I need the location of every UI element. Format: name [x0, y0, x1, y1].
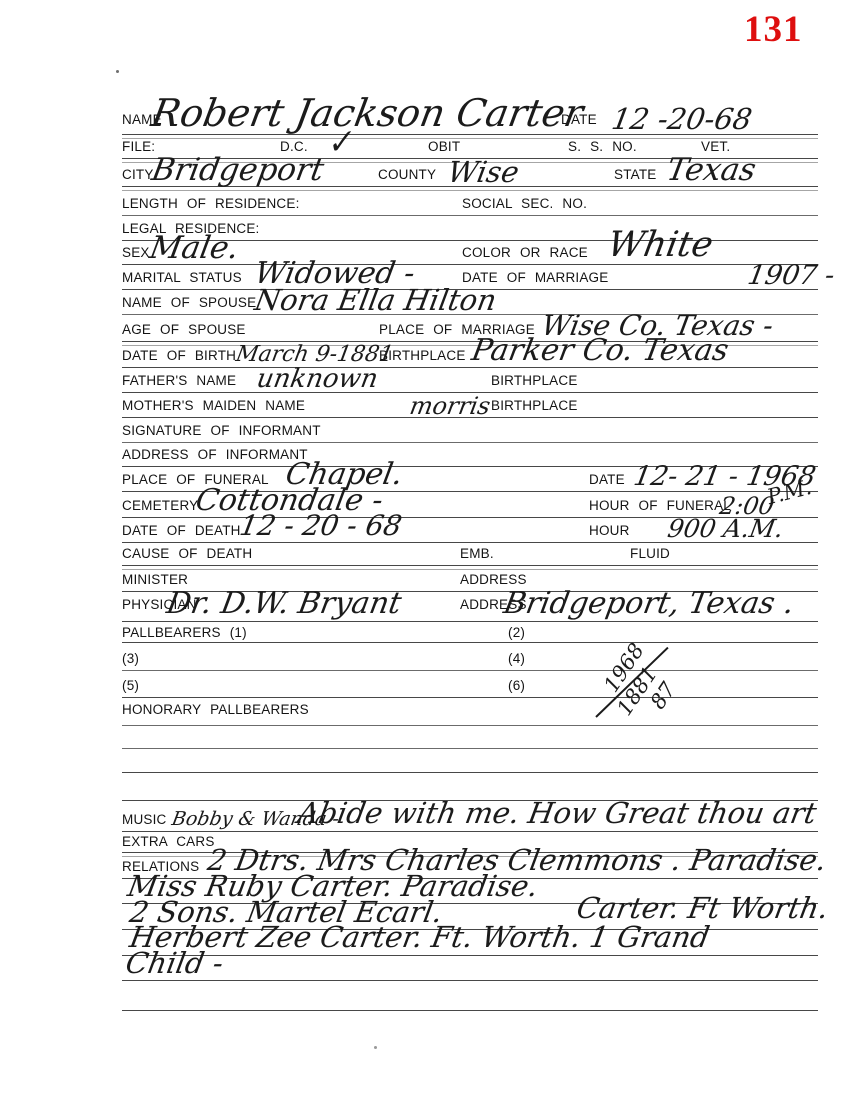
signature-of-informant-label: SIGNATURE OF INFORMANT: [122, 424, 321, 438]
emb-label: EMB.: [460, 547, 494, 561]
length-of-residence-label: LENGTH OF RESIDENCE:: [122, 197, 300, 211]
pallbearers-1-label: PALLBEARERS (1): [122, 626, 247, 640]
sex-label: SEX: [122, 246, 150, 260]
relations-line3b-handwriting: Carter. Ft Worth.: [574, 894, 830, 923]
minister-label: MINISTER: [122, 573, 188, 587]
date-of-death-label: DATE OF DEATH: [122, 524, 241, 538]
date-value-handwriting: 12 -20-68: [609, 105, 754, 134]
fathers-name-label: FATHER'S NAME: [122, 374, 236, 388]
cemetery-label: CEMETERY: [122, 499, 198, 513]
physician-value-handwriting: Dr. D.W. Bryant: [164, 589, 403, 619]
hour-label: HOUR: [589, 524, 630, 538]
honorary-pallbearers-label: HONORARY PALLBEARERS: [122, 703, 309, 717]
hour-value-handwriting: 900 A.M.: [666, 516, 786, 541]
date-of-birth-label: DATE OF BIRTH: [122, 349, 236, 363]
ruled-line: [122, 621, 818, 622]
ruled-line: [122, 955, 818, 956]
death-date-value-handwriting: 12 - 20 - 68: [238, 512, 404, 540]
name-value-handwriting: Robert Jackson Carter: [149, 94, 586, 132]
state-label: STATE: [614, 168, 657, 182]
mother-birthplace-label: BIRTHPLACE: [491, 399, 578, 413]
name-of-spouse-label: NAME OF SPOUSE: [122, 296, 256, 310]
funeral-record-form: NAME DATE FILE: D.C. OBIT S. S. NO. VET.…: [122, 0, 818, 1100]
ruled-line: [122, 1010, 818, 1011]
mother-value-handwriting: morris: [408, 394, 492, 418]
ssno-label: S. S. NO.: [568, 140, 637, 154]
spouse-value-handwriting: Nora Ella Hilton: [252, 286, 498, 315]
obit-label: OBIT: [428, 140, 460, 154]
dc-checkmark-handwriting: ✓: [324, 124, 355, 159]
scanned-funeral-record-page: 131: [0, 0, 850, 1100]
address-of-informant-label: ADDRESS OF INFORMANT: [122, 448, 308, 462]
ruled-line: [122, 748, 818, 749]
extra-cars-label: EXTRA CARS: [122, 835, 215, 849]
music-value-handwriting: Abide with me. How Great thou art: [295, 799, 818, 828]
city-label: CITY: [122, 168, 154, 182]
hour-of-funeral-label: HOUR OF FUNERAL: [589, 499, 731, 513]
ruled-line: [122, 772, 818, 773]
music-label: MUSIC: [122, 813, 167, 827]
father-value-handwriting: unknown: [255, 366, 380, 392]
scan-speckle: [116, 70, 119, 73]
physician-address-value-handwriting: Bridgeport, Texas .: [501, 589, 796, 619]
ruled-line: [122, 215, 818, 216]
file-label: FILE:: [122, 140, 155, 154]
marriage-date-value-handwriting: 1907 -: [746, 262, 837, 289]
ruled-line: [122, 565, 818, 566]
state-value-handwriting: Texas: [664, 155, 758, 186]
ruled-line: [122, 697, 818, 698]
pallbearer-6-label: (6): [508, 679, 525, 693]
pallbearer-3-label: (3): [122, 652, 139, 666]
social-sec-label: SOCIAL SEC. NO.: [462, 197, 587, 211]
pallbearer-4-label: (4): [508, 652, 525, 666]
sex-value-handwriting: Male.: [147, 233, 241, 264]
pallbearer-2-label: (2): [508, 626, 525, 640]
fluid-label: FLUID: [630, 547, 670, 561]
relations-line5-handwriting: Child -: [123, 949, 225, 978]
county-label: COUNTY: [378, 168, 436, 182]
father-birthplace-label: BIRTHPLACE: [491, 374, 578, 388]
pallbearer-5-label: (5): [122, 679, 139, 693]
mothers-maiden-name-label: MOTHER'S MAIDEN NAME: [122, 399, 305, 413]
ruled-line: [122, 831, 818, 832]
birthplace-value-handwriting: Parker Co. Texas: [469, 336, 730, 366]
funeral-date-label: DATE: [589, 473, 625, 487]
ruled-line: [122, 569, 818, 570]
marital-status-label: MARITAL STATUS: [122, 271, 242, 285]
age-of-spouse-label: AGE OF SPOUSE: [122, 323, 246, 337]
cause-of-death-label: CAUSE OF DEATH: [122, 547, 252, 561]
ruled-line: [122, 190, 818, 191]
minister-address-label: ADDRESS: [460, 573, 527, 587]
county-value-handwriting: Wise: [445, 158, 521, 187]
ruled-line: [122, 642, 818, 643]
ruled-line: [122, 980, 818, 981]
ruled-line: [122, 670, 818, 671]
color-or-race-label: COLOR OR RACE: [462, 246, 588, 260]
race-value-handwriting: White: [605, 228, 716, 263]
age-calculation-scribble: 1968 1881 87: [592, 639, 689, 734]
birth-date-value-handwriting: March 9-1881: [234, 344, 395, 366]
city-value-handwriting: Bridgeport: [149, 155, 326, 186]
ruled-line: [122, 725, 818, 726]
ruled-line: [122, 442, 818, 443]
